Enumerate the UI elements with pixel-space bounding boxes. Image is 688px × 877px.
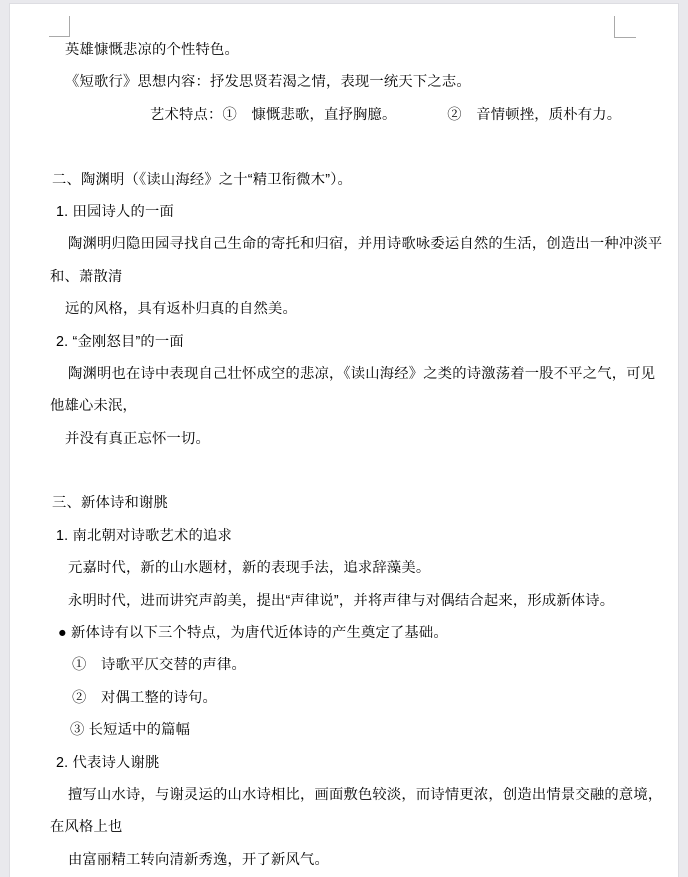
document-line[interactable]: 英雄慷慨悲凉的个性特色。: [10, 34, 678, 66]
document-blank-line[interactable]: [10, 131, 678, 163]
document-line[interactable]: ● 新体诗有以下三个特点，为唐代近体诗的产生奠定了基础。: [10, 617, 678, 649]
document-line[interactable]: 擅写山水诗，与谢灵运的山水诗相比，画面敷色较淡，而诗情更浓，创造出情景交融的意境…: [10, 779, 678, 811]
document-blank-line[interactable]: [10, 455, 678, 487]
document-line[interactable]: 他雄心未泯，: [10, 390, 678, 422]
document-line[interactable]: 1. 南北朝对诗歌艺术的追求: [10, 520, 678, 552]
document-page[interactable]: 英雄慷慨悲凉的个性特色。《短歌行》思想内容：抒发思贤若渴之情，表现一统天下之志。…: [10, 4, 678, 877]
document-line[interactable]: 在风格上也: [10, 811, 678, 843]
document-line[interactable]: ③ 长短适中的篇幅: [10, 714, 678, 746]
document-line[interactable]: 二、陶渊明（《读山海经》之十“精卫衔微木”）。: [10, 164, 678, 196]
app-canvas: 英雄慷慨悲凉的个性特色。《短歌行》思想内容：抒发思贤若渴之情，表现一统天下之志。…: [0, 0, 688, 877]
document-line[interactable]: 远的风格，具有返朴归真的自然美。: [10, 293, 678, 325]
document-line[interactable]: ② 对偶工整的诗句。: [10, 682, 678, 714]
document-line[interactable]: 2. “金刚怒目”的一面: [10, 326, 678, 358]
document-line[interactable]: ① 诗歌平仄交替的声律。: [10, 649, 678, 681]
document-line[interactable]: 2. 代表诗人谢朓: [10, 747, 678, 779]
document-content[interactable]: 英雄慷慨悲凉的个性特色。《短歌行》思想内容：抒发思贤若渴之情，表现一统天下之志。…: [10, 34, 678, 876]
document-line[interactable]: 艺术特点：① 慷慨悲歌，直抒胸臆。 ② 音情顿挫，质朴有力。: [10, 99, 678, 131]
document-line[interactable]: 陶渊明归隐田园寻找自己生命的寄托和归宿，并用诗歌咏委运自然的生活，创造出一种冲淡…: [10, 228, 678, 260]
document-line[interactable]: 三、新体诗和谢朓: [10, 487, 678, 519]
document-line[interactable]: 和、萧散清: [10, 261, 678, 293]
document-line[interactable]: 永明时代，进而讲究声韵美，提出“声律说”，并将声律与对偶结合起来，形成新体诗。: [10, 585, 678, 617]
document-line[interactable]: 元嘉时代，新的山水题材，新的表现手法，追求辞藻美。: [10, 552, 678, 584]
document-line[interactable]: 《短歌行》思想内容：抒发思贤若渴之情，表现一统天下之志。: [10, 66, 678, 98]
document-line[interactable]: 陶渊明也在诗中表现自己壮怀成空的悲凉，《读山海经》之类的诗激荡着一股不平之气，可…: [10, 358, 678, 390]
document-line[interactable]: 1. 田园诗人的一面: [10, 196, 678, 228]
document-line[interactable]: 并没有真正忘怀一切。: [10, 423, 678, 455]
document-line[interactable]: 由富丽精工转向清新秀逸，开了新风气。: [10, 844, 678, 876]
